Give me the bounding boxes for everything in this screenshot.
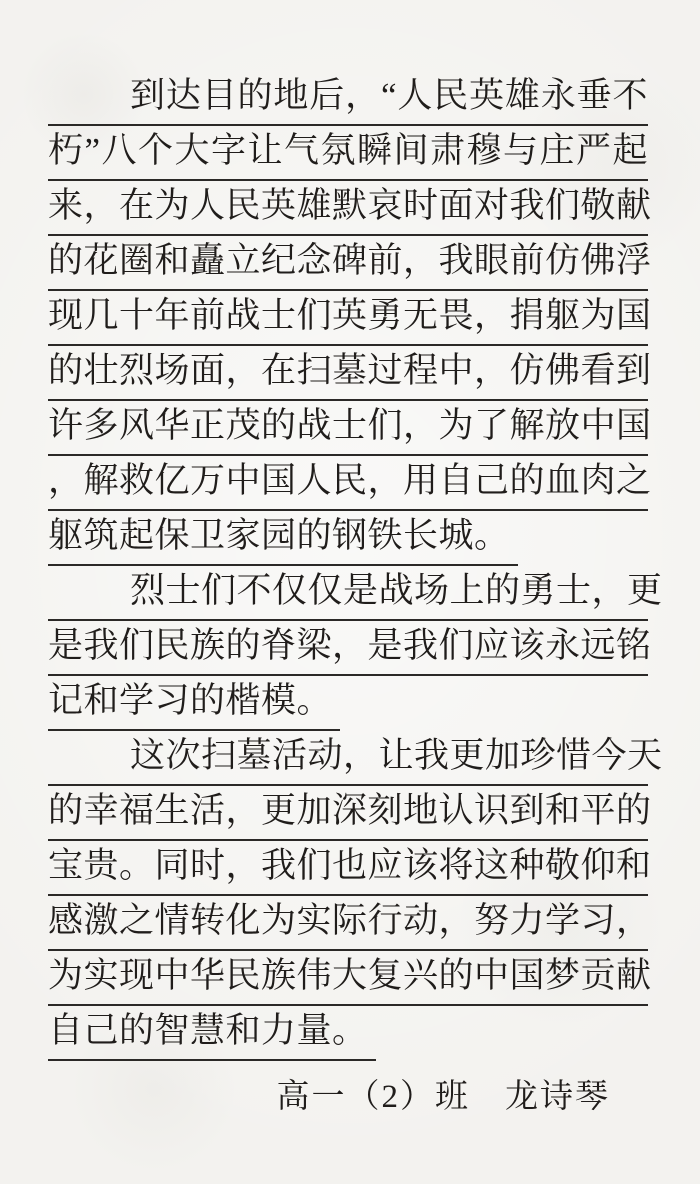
essay-line: ，解救亿万中国人民，用自己的血肉之 [48, 456, 648, 511]
signature-line: 高一（2）班 龙诗琴 [48, 1073, 648, 1121]
essay-line: 的花圈和矗立纪念碑前，我眼前仿佛浮 [48, 236, 648, 291]
essay-line: 躯筑起保卫家园的钢铁长城。 [48, 511, 518, 566]
essay-line: 到达目的地后，“人民英雄永垂不 [48, 71, 648, 126]
essay-line: 记和学习的楷模。 [48, 676, 340, 731]
essay-body: 到达目的地后，“人民英雄永垂不朽”八个大字让气氛瞬间肃穆与庄严起来，在为人民英雄… [48, 71, 648, 1061]
essay-line: 许多风华正茂的战士们，为了解放中国 [48, 401, 648, 456]
essay-line: 宝贵。同时，我们也应该将这种敬仰和 [48, 841, 648, 896]
essay-page: 到达目的地后，“人民英雄永垂不朽”八个大字让气氛瞬间肃穆与庄严起来，在为人民英雄… [0, 0, 700, 1184]
essay-line: 烈士们不仅仅是战场上的勇士，更 [48, 566, 648, 621]
essay-line: 这次扫墓活动，让我更加珍惜今天 [48, 731, 648, 786]
essay-line: 的幸福生活，更加深刻地认识到和平的 [48, 786, 648, 841]
essay-line: 现几十年前战士们英勇无畏，捐躯为国 [48, 291, 648, 346]
essay-line: 为实现中华民族伟大复兴的中国梦贡献 [48, 951, 648, 1006]
essay-line: 感激之情转化为实际行动，努力学习， [48, 896, 648, 951]
essay-line: 朽”八个大字让气氛瞬间肃穆与庄严起 [48, 126, 648, 181]
essay-line: 来，在为人民英雄默哀时面对我们敬献 [48, 181, 648, 236]
essay-line: 的壮烈场面，在扫墓过程中，仿佛看到 [48, 346, 648, 401]
essay-line: 是我们民族的脊梁，是我们应该永远铭 [48, 621, 648, 676]
essay-line: 自己的智慧和力量。 [48, 1006, 376, 1061]
